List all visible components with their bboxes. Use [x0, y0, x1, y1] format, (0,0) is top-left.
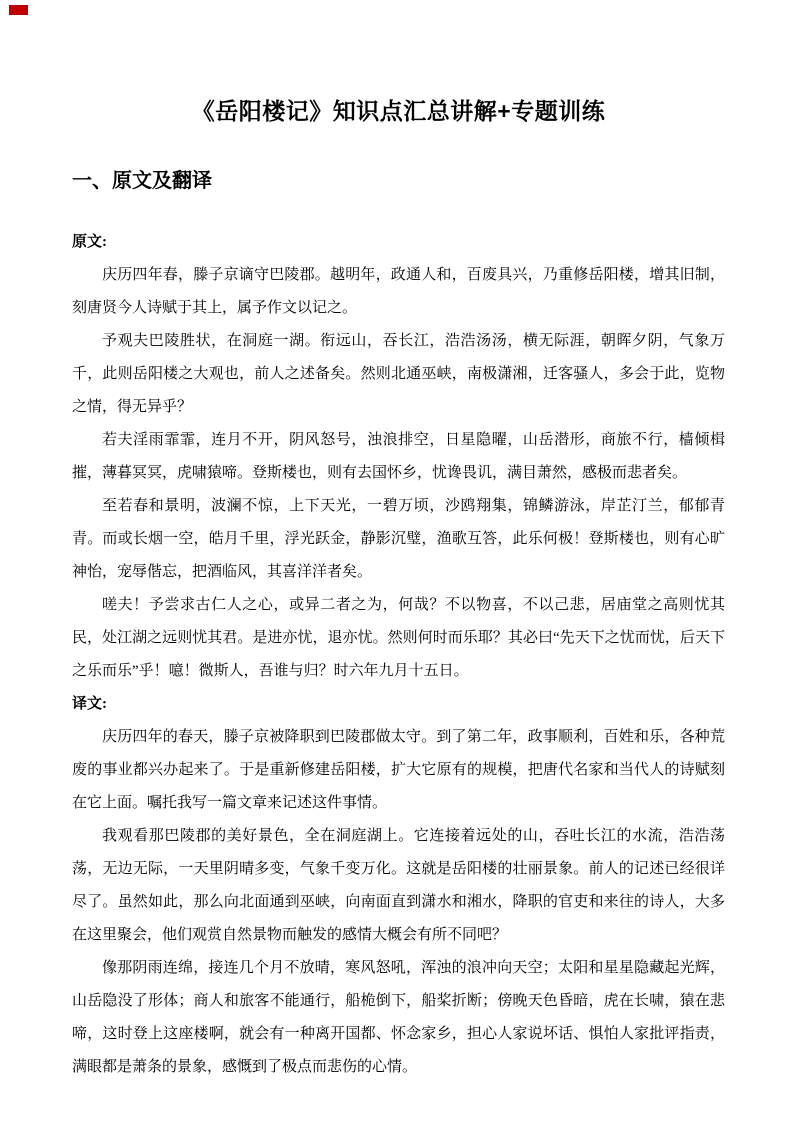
translation-paragraph-1: 庆历四年的春天，滕子京被降职到巴陵郡做太守。到了第二年，政事顺利，百姓和乐，各种… [72, 721, 725, 820]
original-paragraph-3: 若夫淫雨霏霏，连月不开，阴风怒号，浊浪排空，日星隐曜，山岳潜形，商旅不行，樯倾楫… [72, 424, 725, 490]
red-corner-mark [9, 5, 28, 15]
original-paragraph-5: 嗟夫！予尝求古仁人之心，或异二者之为，何哉？不以物喜，不以己悲，居庙堂之高则忧其… [72, 589, 725, 688]
doc-title: 《岳阳楼记》知识点汇总讲解+专题训练 [72, 94, 725, 128]
original-text-label: 原文: [72, 226, 725, 259]
translation-paragraph-3: 像那阴雨连绵，接连几个月不放晴，寒风怒吼，浑浊的浪冲向天空；太阳和星星隐藏起光辉… [72, 952, 725, 1084]
translation-text-label: 译文: [72, 688, 725, 721]
original-paragraph-1: 庆历四年春，滕子京谪守巴陵郡。越明年，政通人和，百废具兴，乃重修岳阳楼，增其旧制… [72, 259, 725, 325]
document-content: 《岳阳楼记》知识点汇总讲解+专题训练 一、原文及翻译 原文: 庆历四年春，滕子京… [0, 0, 793, 1084]
original-paragraph-2: 予观夫巴陵胜状，在洞庭一湖。衔远山，吞长江，浩浩汤汤，横无际涯，朝晖夕阴，气象万… [72, 325, 725, 424]
document-page: 《岳阳楼记》知识点汇总讲解+专题训练 一、原文及翻译 原文: 庆历四年春，滕子京… [0, 0, 793, 1122]
original-paragraph-4: 至若春和景明，波澜不惊，上下天光，一碧万顷，沙鸥翔集，锦鳞游泳，岸芷汀兰，郁郁青… [72, 490, 725, 589]
section-heading-original-and-translation: 一、原文及翻译 [72, 165, 725, 198]
translation-paragraph-2: 我观看那巴陵郡的美好景色，全在洞庭湖上。它连接着远处的山，吞吐长江的水流，浩浩荡… [72, 820, 725, 952]
